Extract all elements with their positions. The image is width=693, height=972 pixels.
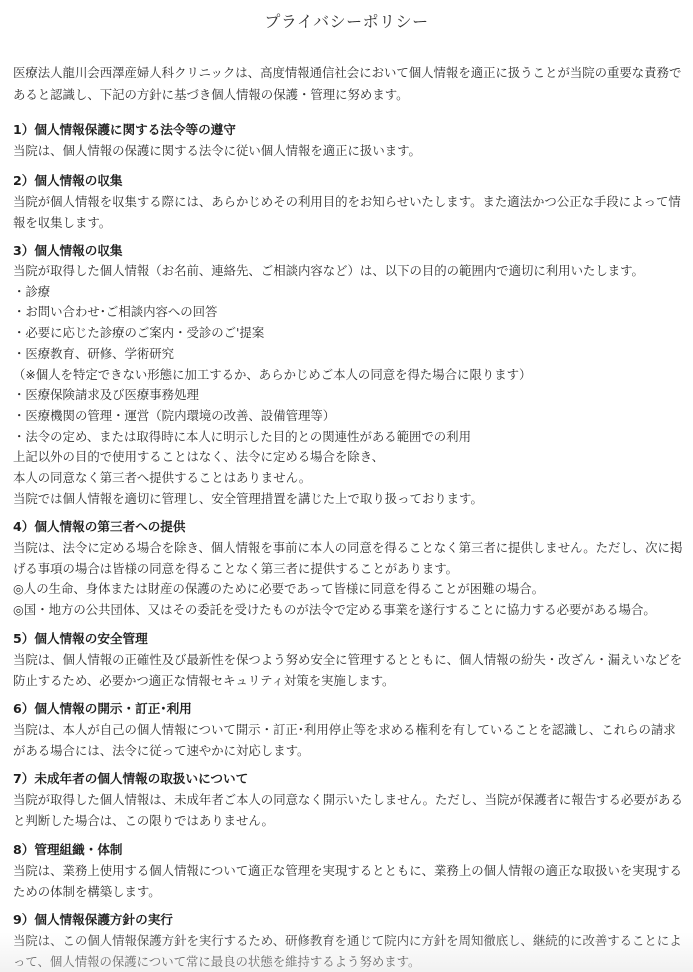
section-body: 当院が個人情報を収集する際には、あらかじめその利用目的をお知らせいたします。また…: [13, 191, 688, 233]
usage-list: 当院が取得した個人情報（お名前、連絡先、ご相談内容など）は、以下の目的の範囲内で…: [13, 261, 688, 509]
section-8-organization: 8）管理組織・体制 当院は、業務上使用する個人情報について適正な管理を実現すると…: [13, 840, 688, 902]
section-heading: 3）個人情報の収集: [13, 241, 688, 261]
section-heading: 6）個人情報の開示・訂正･利用: [13, 699, 688, 719]
list-item: ・診療: [13, 282, 688, 303]
section-heading: 1）個人情報保護に関する法令等の遵守: [13, 120, 688, 140]
list-item: ・医療教育、研修、学術研究: [13, 344, 688, 365]
list-item: 上記以外の目的で使用することはなく、法令に定める場合を除き、: [13, 447, 688, 468]
section-heading: 9）個人情報保護方針の実行: [13, 910, 688, 930]
list-item: ・医療機関の管理・運営（院内環境の改善、設備管理等）: [13, 406, 688, 427]
list-item: ・医療保険請求及び医療事務処理: [13, 385, 688, 406]
section-heading: 5）個人情報の安全管理: [13, 629, 688, 649]
exception-list: ◎人の生命、身体または財産の保護のために必要であって皆様に同意を得ることが困難の…: [13, 579, 688, 620]
intro-paragraph: 医療法人龍川会西澤産婦人科クリニックは、高度情報通信社会において個人情報を適正に…: [13, 62, 688, 106]
page-title: プライバシーポリシー: [0, 11, 693, 33]
list-item: ・お問い合わせ･ご相談内容への回答: [13, 302, 688, 323]
privacy-policy-page: プライバシーポリシー 医療法人龍川会西澤産婦人科クリニックは、高度情報通信社会に…: [0, 0, 693, 972]
section-2-collection: 2）個人情報の収集 当院が個人情報を収集する際には、あらかじめその利用目的をお知…: [13, 171, 688, 233]
section-body: 当院は、個人情報の保護に関する法令に従い個人情報を適正に扱います。: [13, 140, 688, 161]
section-heading: 8）管理組織・体制: [13, 840, 688, 860]
section-6-disclosure: 6）個人情報の開示・訂正･利用 当院は、本人が自己の個人情報について開示・訂正･…: [13, 699, 688, 761]
section-body: 当院は、業務上使用する個人情報について適正な管理を実現するとともに、業務上の個人…: [13, 860, 688, 902]
list-item: ・必要に応じた診療のご案内・受診のご'提案: [13, 323, 688, 344]
list-item: （※個人を特定できない形態に加工するか、あらかじめご本人の同意を得た場合に限りま…: [13, 365, 688, 386]
section-9-implementation: 9）個人情報保護方針の実行 当院は、この個人情報保護方針を実行するため、研修教育…: [13, 910, 688, 972]
list-item: ◎国・地方の公共団体、又はその委託を受けたものが法令で定める事業を遂行することに…: [13, 600, 688, 621]
section-1-legal-compliance: 1）個人情報保護に関する法令等の遵守 当院は、個人情報の保護に関する法令に従い個…: [13, 120, 688, 161]
list-item: ・法令の定め、または取得時に本人に明示した目的との関連性がある範囲での利用: [13, 427, 688, 448]
section-heading: 7）未成年者の個人情報の取扱いについて: [13, 769, 688, 789]
section-body: 当院が取得した個人情報は、未成年者ご本人の同意なく開示いたしません。ただし、当院…: [13, 789, 688, 831]
section-body: 当院は、本人が自己の個人情報について開示・訂正･利用停止等を求める権利を有してい…: [13, 719, 688, 761]
section-heading: 2）個人情報の収集: [13, 171, 688, 191]
list-item: ◎人の生命、身体または財産の保護のために必要であって皆様に同意を得ることが困難の…: [13, 579, 688, 600]
list-item: 本人の同意なく第三者へ提供することはありません。: [13, 468, 688, 489]
section-body: 当院は、この個人情報保護方針を実行するため、研修教育を通じて院内に方針を周知徹底…: [13, 930, 688, 972]
list-item: 当院では個人情報を適切に管理し、安全管理措置を講じた上で取り扱っております。: [13, 489, 688, 510]
list-item: 当院が取得した個人情報（お名前、連絡先、ご相談内容など）は、以下の目的の範囲内で…: [13, 261, 688, 282]
section-7-minors: 7）未成年者の個人情報の取扱いについて 当院が取得した個人情報は、未成年者ご本人…: [13, 769, 688, 831]
section-body: 当院は、法令に定める場合を除き、個人情報を事前に本人の同意を得ることなく第三者に…: [13, 537, 688, 579]
section-3-usage: 3）個人情報の収集 当院が取得した個人情報（お名前、連絡先、ご相談内容など）は、…: [13, 241, 688, 509]
section-heading: 4）個人情報の第三者への提供: [13, 517, 688, 537]
section-body: 当院は、個人情報の正確性及び最新性を保つよう努め安全に管理するとともに、個人情報…: [13, 649, 688, 691]
section-4-third-party: 4）個人情報の第三者への提供 当院は、法令に定める場合を除き、個人情報を事前に本…: [13, 517, 688, 620]
section-5-security: 5）個人情報の安全管理 当院は、個人情報の正確性及び最新性を保つよう努め安全に管…: [13, 629, 688, 691]
